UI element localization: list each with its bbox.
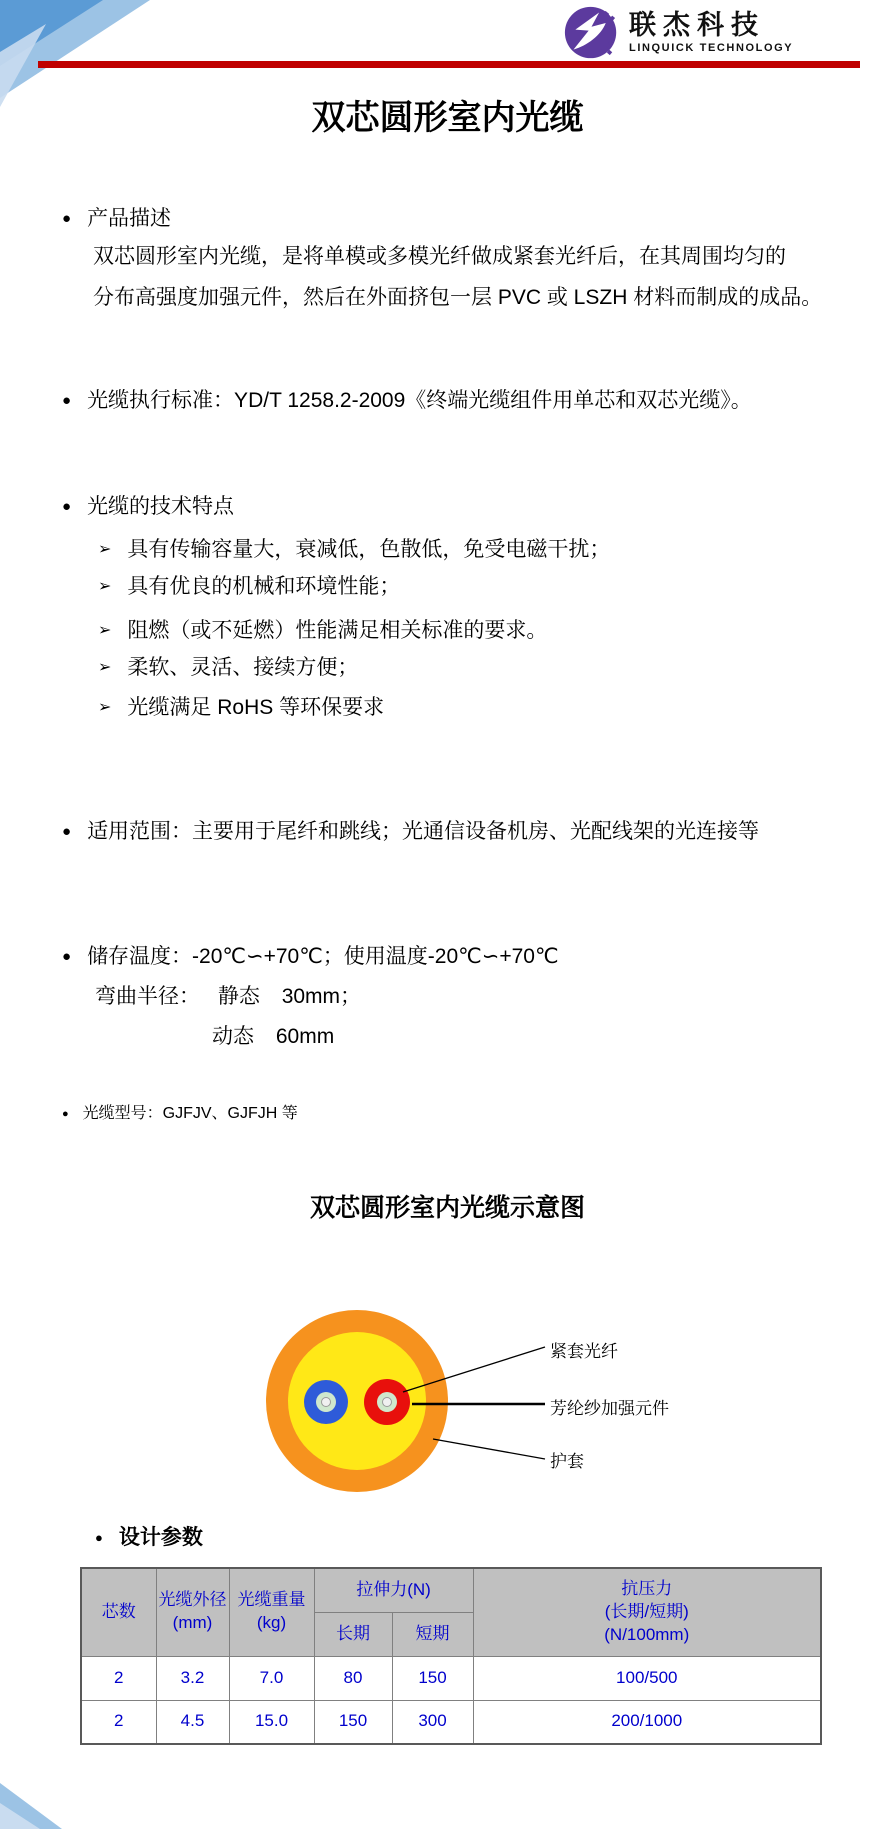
diagram-label-fiber: 紧套光纤	[550, 1337, 618, 1362]
col-header-weight: 光缆重量 (kg)	[229, 1568, 314, 1656]
diagram-title: 双芯圆形室内光缆示意图	[0, 1188, 895, 1224]
bend-dynamic-value: 60mm	[276, 1025, 334, 1048]
cell-tension-long: 80	[314, 1656, 392, 1700]
bullet-icon: ●	[62, 211, 71, 226]
bullet-icon: ●	[62, 1109, 69, 1120]
bend-static-value: 30mm；	[282, 985, 361, 1008]
logo-text-block: 联杰科技 LINQUICK TECHNOLOGY	[629, 11, 793, 55]
arrow-bullet-icon: ➢	[98, 623, 111, 639]
cell-cores: 2	[81, 1656, 156, 1700]
model-text: 光缆型号：GJFJV、GJFJH 等	[83, 1104, 298, 1125]
bullet-icon: ●	[62, 393, 71, 408]
feature-item: ➢ 柔软、灵活、接续方便；	[98, 654, 358, 681]
col-header-long-term: 长期	[314, 1612, 392, 1656]
application-row: ● 适用范围：主要用于尾纤和跳线；光通信设备机房、光配线架的光连接等	[62, 818, 759, 845]
temperature-text: 储存温度：-20℃∽+70℃；使用温度-20℃∽+70℃	[87, 943, 558, 970]
design-params-table: 芯数 光缆外径 (mm) 光缆重量 (kg) 拉伸力(N) 抗压力 (长期/短期…	[80, 1567, 822, 1745]
logo-icon	[563, 4, 620, 61]
application-text: 适用范围：主要用于尾纤和跳线；光通信设备机房、光配线架的光连接等	[87, 818, 759, 845]
cell-diameter: 3.2	[156, 1656, 229, 1700]
company-logo: 联杰科技 LINQUICK TECHNOLOGY	[563, 4, 793, 61]
diagram-label-sheath: 护套	[550, 1447, 584, 1472]
col-header-short-term: 短期	[392, 1612, 473, 1656]
arrow-bullet-icon: ➢	[98, 542, 111, 558]
table-row: 2 3.2 7.0 80 150 100/500	[81, 1656, 821, 1700]
bullet-icon: ●	[62, 824, 71, 839]
features-heading: 光缆的技术特点	[87, 493, 234, 520]
product-description-heading: 产品描述	[87, 205, 171, 232]
arrow-bullet-icon: ➢	[98, 660, 111, 676]
product-description-line2: 分布高强度加强元件，然后在外面挤包一层 PVC 或 LSZH 材料而制成的成品。	[93, 284, 822, 311]
standard-row: ● 光缆执行标准：YD/T 1258.2-2009《终端光缆组件用单芯和双芯光缆…	[62, 387, 752, 414]
cell-crush: 100/500	[473, 1656, 821, 1700]
page-title: 双芯圆形室内光缆	[0, 90, 895, 139]
bend-dynamic-row: 动态 60mm	[212, 1023, 334, 1050]
features-heading-row: ● 光缆的技术特点	[62, 493, 234, 520]
bullet-icon: ●	[62, 949, 71, 964]
cell-tension-short: 150	[392, 1656, 473, 1700]
sheath-leader-line	[433, 1439, 545, 1459]
col-header-crush: 抗压力 (长期/短期) (N/100mm)	[473, 1568, 821, 1656]
feature-text: 阻燃（或不延燃）性能满足相关标准的要求。	[127, 617, 547, 644]
feature-item: ➢ 具有传输容量大，衰减低，色散低，免受电磁干扰；	[98, 536, 610, 563]
feature-text: 具有优良的机械和环境性能；	[127, 573, 400, 600]
cell-tension-short: 300	[392, 1700, 473, 1744]
bend-radius-label: 弯曲半径：	[95, 985, 200, 1008]
col-header-cores: 芯数	[81, 1568, 156, 1656]
diagram-label-aramid: 芳纶纱加强元件	[550, 1394, 669, 1419]
logo-company-name: 联杰科技	[629, 11, 793, 41]
cell-diameter: 4.5	[156, 1700, 229, 1744]
logo-company-name-en: LINQUICK TECHNOLOGY	[629, 42, 793, 54]
feature-text: 光缆满足 RoHS 等环保要求	[127, 694, 384, 721]
cell-weight: 15.0	[229, 1700, 314, 1744]
arrow-bullet-icon: ➢	[98, 700, 111, 716]
feature-item: ➢ 光缆满足 RoHS 等环保要求	[98, 694, 384, 721]
col-header-diameter: 光缆外径 (mm)	[156, 1568, 229, 1656]
bend-dynamic-label: 动态	[212, 1025, 254, 1048]
header-divider	[38, 61, 860, 68]
cell-weight: 7.0	[229, 1656, 314, 1700]
bullet-icon: ●	[62, 499, 71, 514]
feature-text: 具有传输容量大，衰减低，色散低，免受电磁干扰；	[127, 536, 610, 563]
temperature-row: ● 储存温度：-20℃∽+70℃；使用温度-20℃∽+70℃	[62, 943, 559, 970]
col-header-tension: 拉伸力(N)	[314, 1568, 473, 1612]
standard-text: 光缆执行标准：YD/T 1258.2-2009《终端光缆组件用单芯和双芯光缆》。	[87, 387, 752, 414]
table-row: 2 4.5 15.0 150 300 200/1000	[81, 1700, 821, 1744]
table-header-row: 芯数 光缆外径 (mm) 光缆重量 (kg) 拉伸力(N) 抗压力 (长期/短期…	[81, 1568, 821, 1612]
product-description-heading-row: ● 产品描述	[62, 205, 171, 232]
cable-cross-section-diagram	[240, 1300, 560, 1510]
cell-crush: 200/1000	[473, 1700, 821, 1744]
bullet-icon: ●	[95, 1531, 103, 1544]
document-page: 联杰科技 LINQUICK TECHNOLOGY 双芯圆形室内光缆 ● 产品描述…	[0, 0, 895, 1829]
arrow-bullet-icon: ➢	[98, 579, 111, 595]
model-row: ● 光缆型号：GJFJV、GJFJH 等	[62, 1104, 298, 1125]
bend-radius-row: 弯曲半径： 静态 30mm；	[95, 983, 361, 1010]
product-description-line1: 双芯圆形室内光缆，是将单模或多模光纤做成紧套光纤后，在其周围均匀的	[93, 243, 786, 270]
feature-text: 柔软、灵活、接续方便；	[127, 654, 358, 681]
corner-decoration-bottom-left	[0, 1779, 70, 1829]
feature-item: ➢ 具有优良的机械和环境性能；	[98, 573, 400, 600]
bend-static-label: 静态	[218, 985, 260, 1008]
cell-tension-long: 150	[314, 1700, 392, 1744]
design-params-heading: 设计参数	[119, 1524, 203, 1551]
feature-item: ➢ 阻燃（或不延燃）性能满足相关标准的要求。	[98, 617, 547, 644]
cell-cores: 2	[81, 1700, 156, 1744]
design-params-heading-row: ● 设计参数	[95, 1524, 203, 1551]
